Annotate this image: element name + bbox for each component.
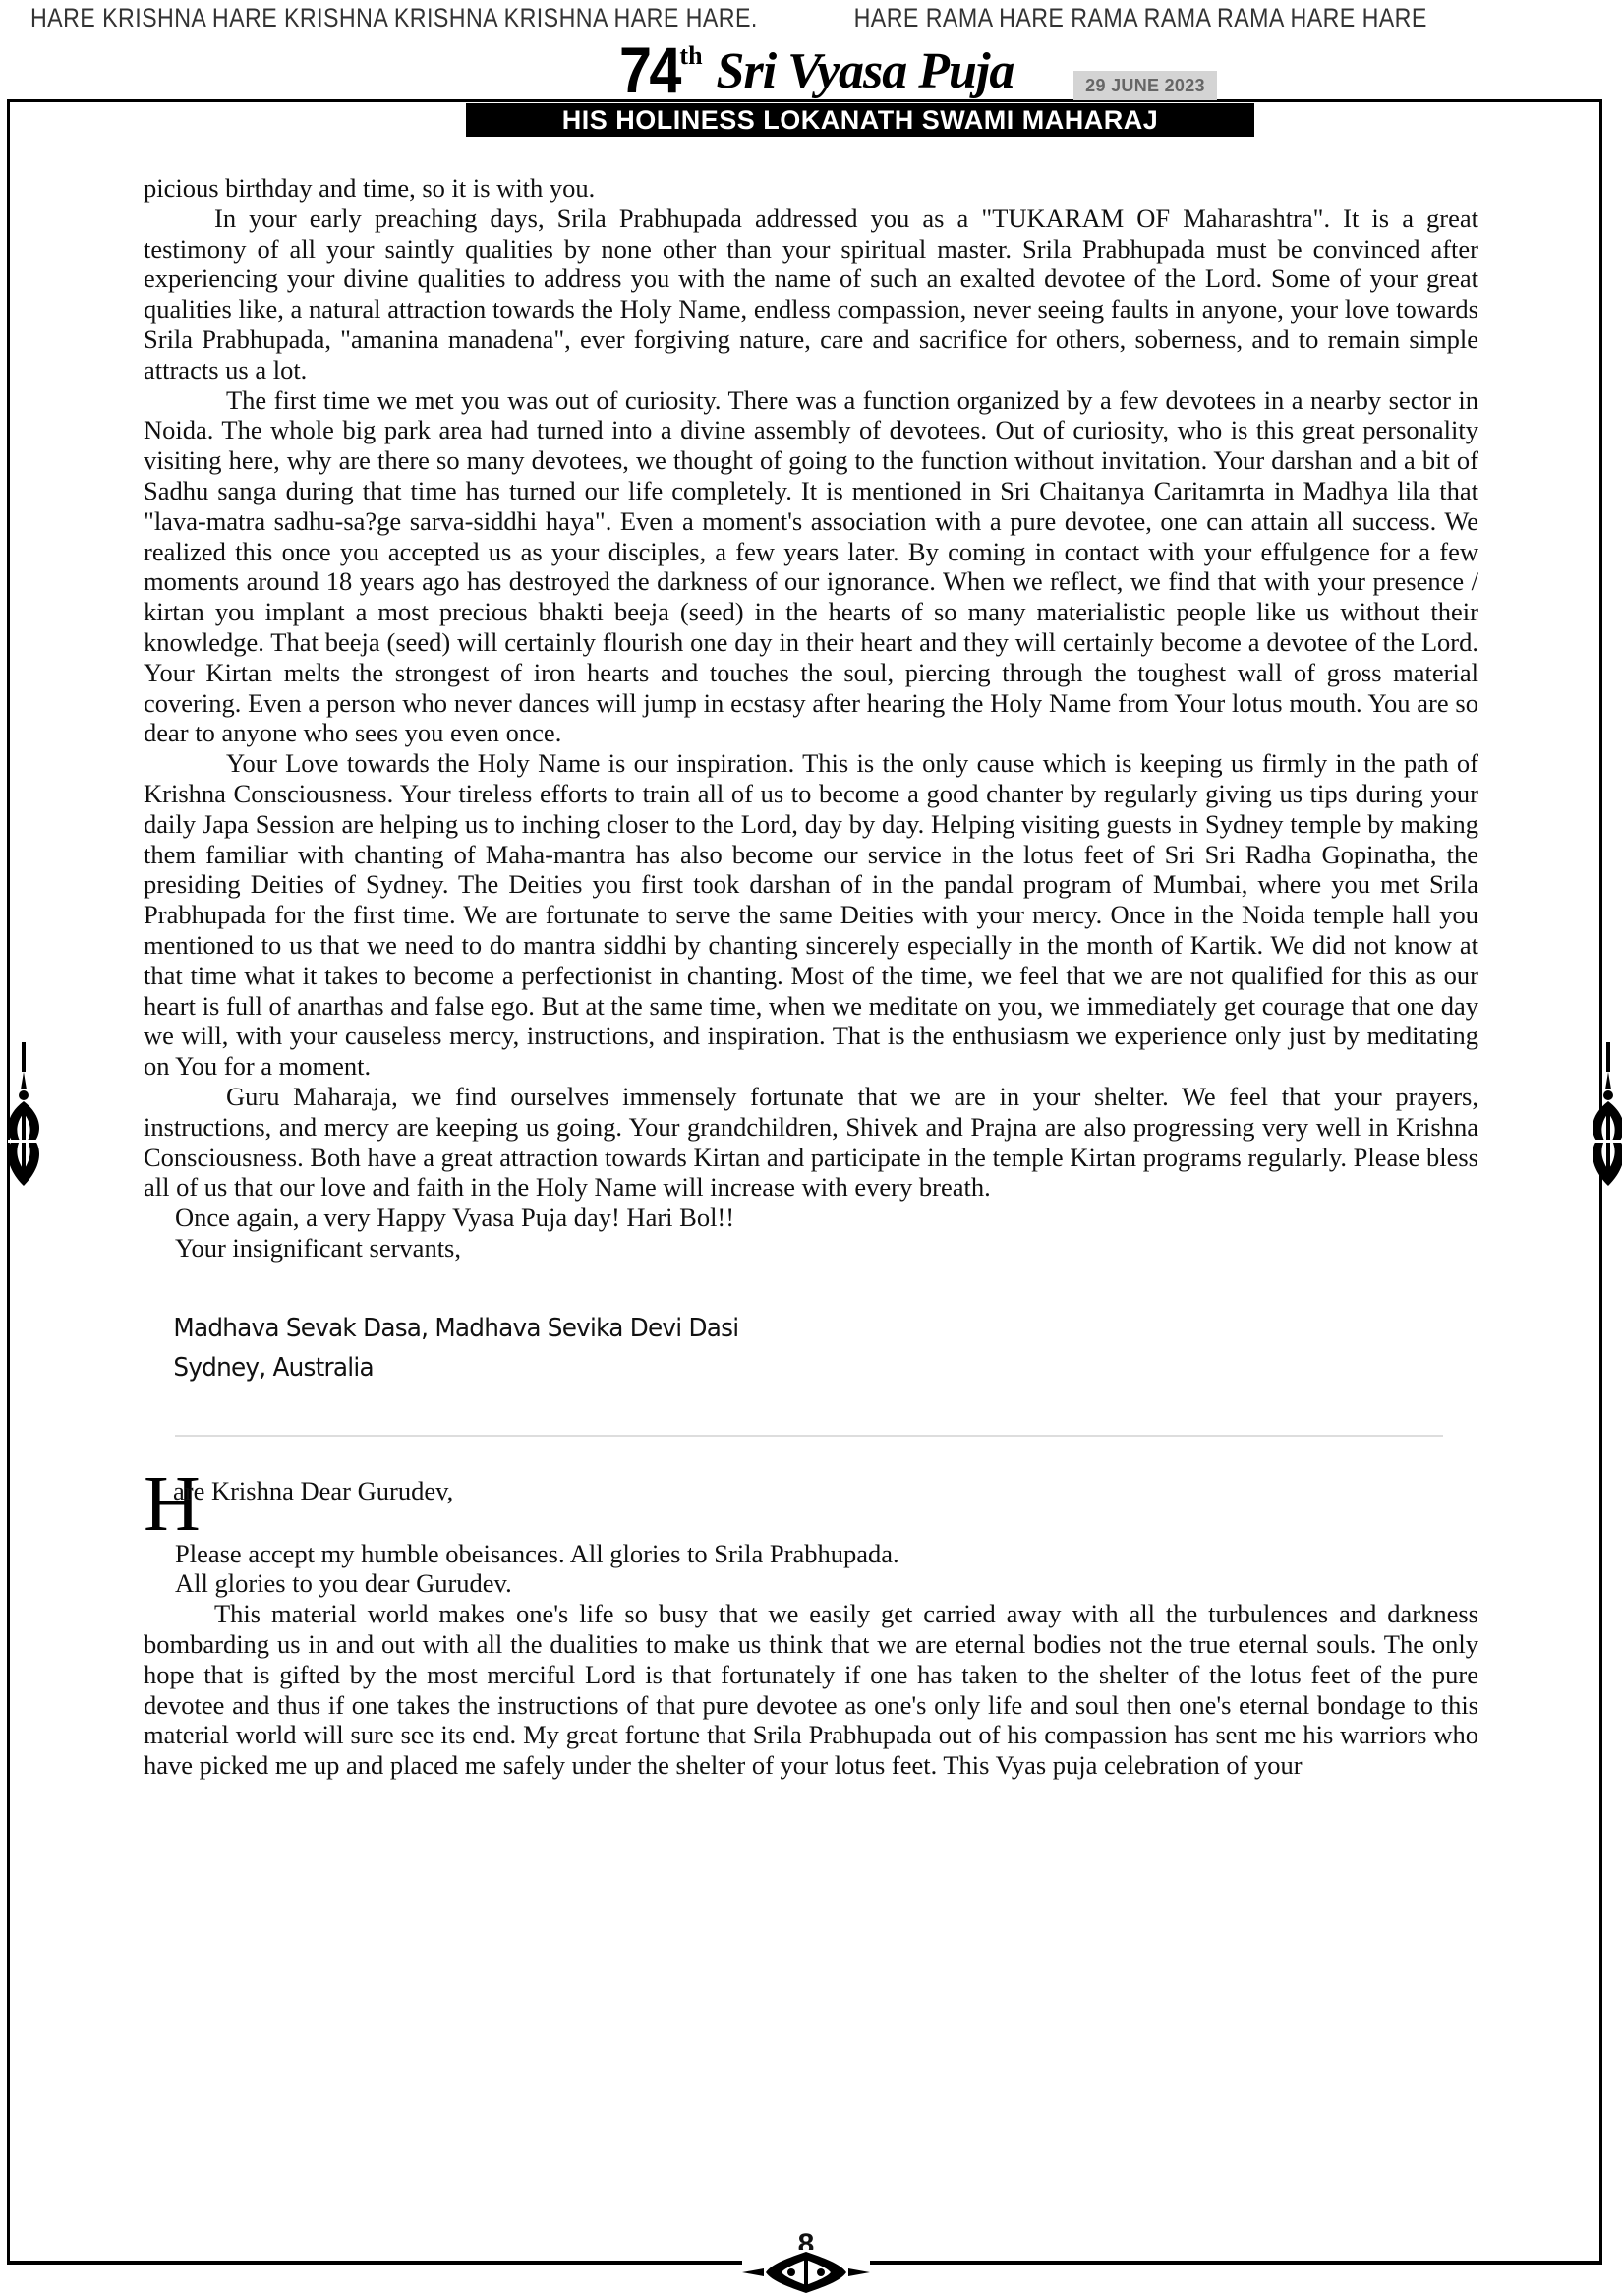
title-name: Sri Vyasa Puja — [717, 43, 1014, 100]
signature-names: Madhava Sevak Dasa, Madhava Sevika Devi … — [173, 1309, 1412, 1348]
closing-line: Your insignificant servants, — [144, 1233, 1478, 1264]
paragraph: This material world makes one's life so … — [144, 1599, 1478, 1781]
ornament-icon-bottom — [742, 2250, 870, 2295]
subtitle-banner: HIS HOLINESS LOKANATH SWAMI MAHARAJ — [466, 103, 1254, 137]
title-number: 74 — [619, 39, 679, 100]
ornament-icon-left — [0, 1042, 49, 1190]
paragraph: Please accept my humble obeisances. All … — [144, 1539, 1478, 1569]
paragraph: The first time we met you was out of cur… — [144, 385, 1478, 749]
paragraph: Guru Maharaja, we find ourselves immense… — [144, 1082, 1478, 1203]
paragraph: In your early preaching days, Srila Prab… — [144, 204, 1478, 385]
mantra-right: HARE RAMA HARE RAMA RAMA RAMA HARE HARE — [854, 0, 1427, 35]
closing-line: Once again, a very Happy Vyasa Puja day!… — [144, 1203, 1478, 1233]
date-badge: 29 JUNE 2023 — [1073, 71, 1217, 100]
paragraph: picious birthday and time, so it is with… — [144, 173, 1478, 204]
salutation-text: are Krishna Dear Gurudev, — [173, 1476, 453, 1506]
signature-location: Sydney, Australia — [173, 1348, 1412, 1387]
paragraph: All glories to you dear Gurudev. — [144, 1568, 1478, 1599]
signature-block: Madhava Sevak Dasa, Madhava Sevika Devi … — [144, 1309, 1412, 1387]
title-suffix: th — [679, 41, 702, 71]
mantra-header: HARE KRISHNA HARE KRISHNA KRISHNA KRISHN… — [0, 0, 1395, 35]
ornament-icon-right — [1573, 1042, 1622, 1190]
paragraph: Your Love towards the Holy Name is our i… — [144, 748, 1478, 1082]
page-title: 74 th Sri Vyasa Puja — [619, 39, 1014, 100]
letter-content: picious birthday and time, so it is with… — [144, 173, 1478, 1781]
mantra-left: HARE KRISHNA HARE KRISHNA KRISHNA KRISHN… — [30, 0, 758, 35]
salutation: H are Krishna Dear Gurudev, — [144, 1476, 1478, 1539]
section-divider — [175, 1435, 1443, 1437]
